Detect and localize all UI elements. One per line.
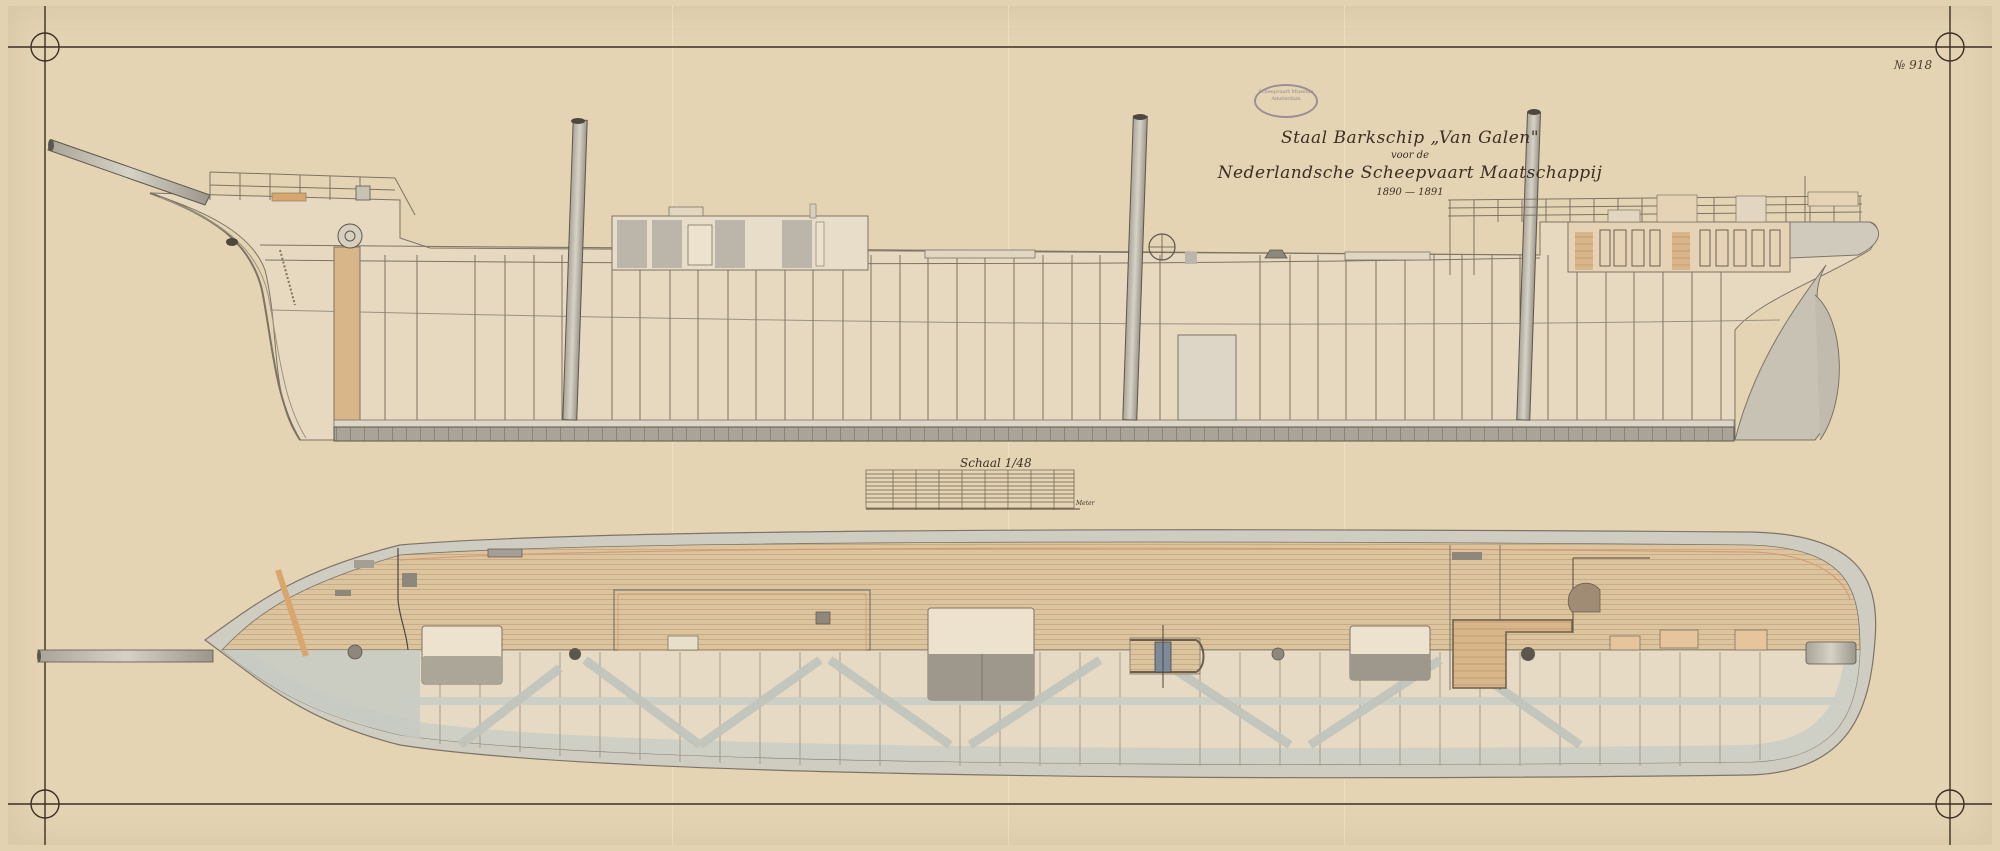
scale-bar xyxy=(866,470,1080,510)
sheet-number: № 918 xyxy=(1894,58,1932,72)
scale-unit: Meter xyxy=(1076,500,1095,507)
deck-plan-view xyxy=(37,530,1876,778)
title-years: 1890 — 1891 xyxy=(1190,187,1630,198)
title-company: Nederlandsche Scheepvaart Maatschappij xyxy=(1190,163,1630,183)
title-voor-de: voor de xyxy=(1190,150,1630,161)
title-block: Staal Barkschip „Van Galen" voor de Nede… xyxy=(1190,128,1630,198)
title-ship-name: Staal Barkschip „Van Galen" xyxy=(1190,128,1630,148)
museum-stamp: Scheepvaart Museum Amsterdam xyxy=(1254,84,1318,118)
ship-drawing xyxy=(0,0,2000,851)
scale-label: Schaal 1/48 xyxy=(960,456,1032,470)
